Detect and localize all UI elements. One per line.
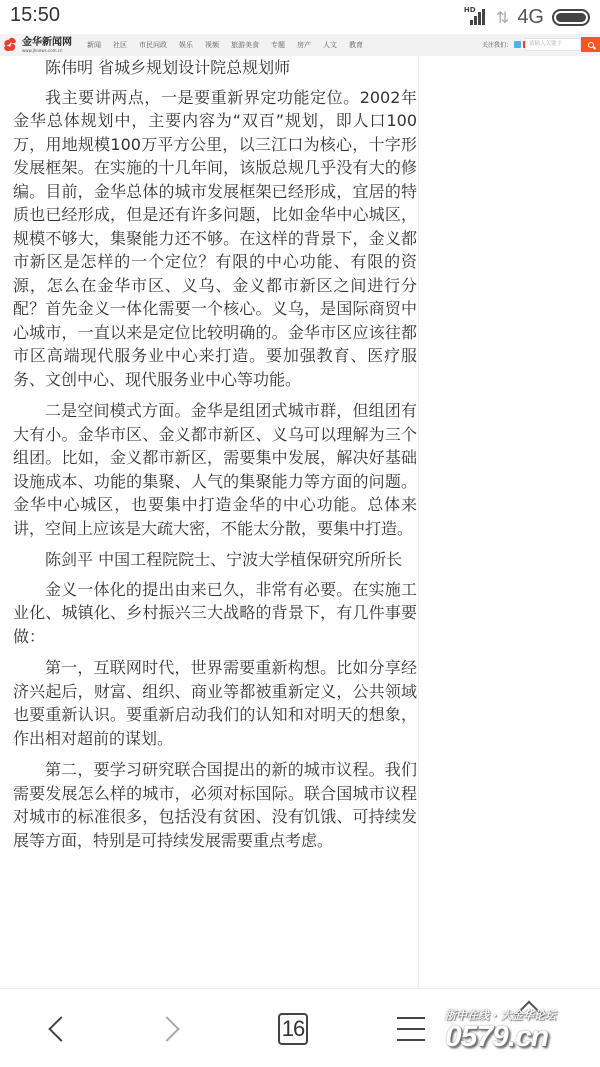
- sidebar-divider: [418, 57, 419, 989]
- search-input[interactable]: 请输入关键字: [525, 38, 581, 51]
- article-paragraph: 我主要讲两点，一是要重新界定功能定位。2002年金华总体规划中，主要内容为“双百…: [13, 86, 417, 392]
- nav-item-culture[interactable]: 人文: [323, 40, 337, 50]
- status-icons: HD ⇅ 4G: [464, 5, 590, 29]
- site-header: 金华新闻网 www.jhnews.com.cn 新闻 社区 市民问政 娱乐 视频…: [0, 34, 600, 56]
- article-body: 陈伟明 省城乡规划设计院总规划师 我主要讲两点，一是要重新界定功能定位。2002…: [13, 56, 417, 860]
- chevron-right-icon: [154, 1016, 179, 1041]
- watermark-logo: 0579.cn: [445, 1023, 595, 1051]
- search-icon: [588, 42, 594, 48]
- tab-count: 16: [278, 1013, 308, 1045]
- search-button[interactable]: [581, 37, 600, 52]
- follow-us: 关注我们：: [482, 40, 530, 49]
- menu-icon: [397, 1017, 425, 1041]
- nav-item-travel-food[interactable]: 旅游美食: [231, 40, 259, 50]
- speaker-heading: 陈剑平 中国工程院院士、宁波大学植保研究所所长: [13, 548, 417, 572]
- nav-item-news[interactable]: 新闻: [87, 40, 101, 50]
- article-paragraph: 金义一体化的提出由来已久，非常有必要。在实施工业化、城镇化、乡村振兴三大战略的背…: [13, 578, 417, 649]
- forward-button[interactable]: [150, 1009, 190, 1049]
- site-logo[interactable]: 金华新闻网 www.jhnews.com.cn: [3, 37, 81, 53]
- site-nav: 新闻 社区 市民问政 娱乐 视频 旅游美食 专题 房产 人文 教育: [87, 40, 375, 50]
- hd-label: HD: [464, 7, 476, 14]
- back-button[interactable]: [38, 1009, 78, 1049]
- nav-item-video[interactable]: 视频: [205, 40, 219, 50]
- watermark: 浙中在线 · 大金华论坛 0579.cn: [445, 1007, 595, 1057]
- logo-url: www.jhnews.com.cn: [22, 49, 72, 53]
- chevron-left-icon: [48, 1016, 73, 1041]
- article-paragraph: 第一，互联网时代，世界需要重新构想。比如分享经济兴起后，财富、组织、商业等都被重…: [13, 656, 417, 750]
- logo-name: 金华新闻网: [22, 38, 72, 48]
- status-time: 15:50: [10, 4, 60, 27]
- nav-item-topics[interactable]: 专题: [271, 40, 285, 50]
- signal-icon: HD: [464, 7, 488, 27]
- nav-item-citizen-inquiry[interactable]: 市民问政: [139, 40, 167, 50]
- status-bar: 15:50 HD ⇅ 4G: [0, 0, 600, 34]
- battery-icon: [552, 9, 590, 26]
- wechat-icon[interactable]: [514, 41, 521, 48]
- nav-item-community[interactable]: 社区: [113, 40, 127, 50]
- browser-toolbar: 16 浙中在线 · 大金华论坛 0579.cn: [0, 989, 600, 1067]
- nav-item-real-estate[interactable]: 房产: [297, 40, 311, 50]
- logo-icon: [3, 37, 19, 53]
- nav-item-education[interactable]: 教育: [349, 40, 363, 50]
- tabs-button[interactable]: 16: [276, 1009, 310, 1049]
- speaker-heading: 陈伟明 省城乡规划设计院总规划师: [13, 56, 417, 80]
- follow-label: 关注我们：: [482, 40, 512, 49]
- article-paragraph: 二是空间模式方面。金华是组团式城市群，但组团有大有小。金华市区、金义都市新区、义…: [13, 399, 417, 540]
- article-paragraph: 第二，要学习研究联合国提出的新的城市议程。我们需要发展怎么样的城市，必须对标国际…: [13, 758, 417, 852]
- network-type: 4G: [517, 6, 544, 29]
- nav-item-entertainment[interactable]: 娱乐: [179, 40, 193, 50]
- menu-button[interactable]: [396, 1009, 426, 1049]
- data-transfer-icon: ⇅: [496, 8, 509, 27]
